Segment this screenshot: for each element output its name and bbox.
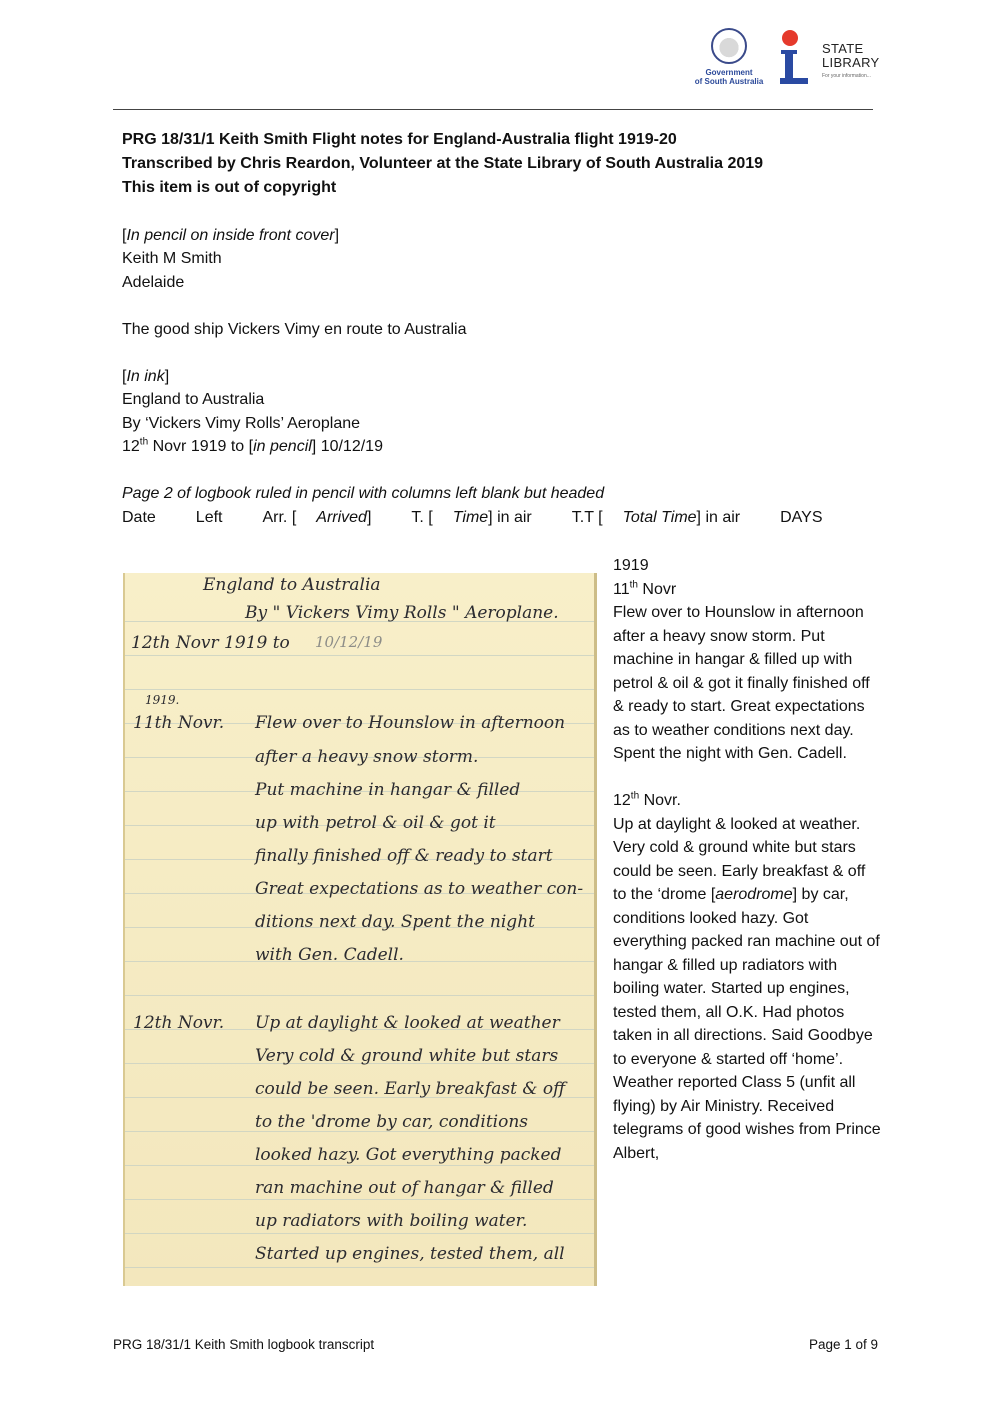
scan-line: to the 'drome by car, conditions [255,1112,528,1132]
scan-line: Flew over to Hounslow in afternoon [255,713,565,733]
scan-line: after a heavy snow storm. [255,747,478,767]
info-i-icon [780,50,806,84]
scan-line: Started up engines, tested them, all [255,1244,565,1264]
transcript-year: 1919 [613,554,883,578]
government-sa-logo: Government of South Australia [690,28,768,94]
scan-line: By " Vickers Vimy Rolls " Aeroplane. [245,603,559,623]
transcriber-line: Transcribed by Chris Reardon, Volunteer … [122,152,902,176]
column-headings: Date Left Arr. [Arrived] T. [Time] in ai… [122,506,902,530]
state-library-logo: STATE LIBRARY For your information... [780,30,890,94]
scan-line: 10/12/19 [315,633,382,651]
scan-line: up radiators with boiling water. [255,1211,527,1231]
document-header: PRG 18/31/1 Keith Smith Flight notes for… [122,128,902,200]
document-title: PRG 18/31/1 Keith Smith Flight notes for… [122,128,902,152]
pencil-note: [In pencil on inside front cover] [122,224,902,248]
owner-place: Adelaide [122,271,902,295]
scan-line: Very cold & ground white but stars [255,1046,558,1066]
state-library-tagline: For your information... [822,73,871,79]
logbook-scan-image: England to Australia By " Vickers Vimy R… [123,573,597,1286]
info-dot-icon [782,30,798,46]
scan-line: could be seen. Early breakfast & off [255,1079,565,1099]
entry-text-12-nov: Up at daylight & looked at weather. Very… [613,813,883,1166]
scan-line: with Gen. Cadell. [255,945,404,965]
page2-note: Page 2 of logbook ruled in pencil with c… [122,482,902,506]
scan-line: finally finished off & ready to start [255,846,553,866]
col-days: DAYS [780,506,842,530]
copyright-line: This item is out of copyright [122,176,902,200]
entry-date-11-nov: 11th Novr [613,578,883,602]
transcript-column: 1919 11th Novr Flew over to Hounslow in … [613,554,883,1165]
government-logo-text: Government of South Australia [690,68,768,86]
col-left: Left [196,506,243,530]
sa-crest-icon [711,28,747,64]
owner-name: Keith M Smith [122,247,902,271]
col-time: T. [Time] in air [411,506,551,530]
scan-line: 12th Novr 1919 to [131,633,290,653]
col-date: Date [122,506,176,530]
document-body: PRG 18/31/1 Keith Smith Flight notes for… [122,128,902,529]
route-line: England to Australia [122,388,902,412]
scan-line: up with petrol & oil & got it [255,813,496,833]
entry-date-12-nov: 12th Novr. [613,789,883,813]
scan-line: Up at daylight & looked at weather [255,1013,560,1033]
scan-line: Great expectations as to weather con- [255,879,583,899]
footer-title: PRG 18/31/1 Keith Smith logbook transcri… [113,1337,374,1352]
scan-line: 11th Novr. [133,713,224,733]
dates-line: 12th Novr 1919 to [in pencil] 10/12/19 [122,435,902,459]
col-total-time: T.T [Total Time] in air [572,506,760,530]
ship-line: The good ship Vickers Vimy en route to A… [122,318,902,342]
scan-line: England to Australia [203,575,381,595]
col-arrived: Arr. [Arrived] [262,506,391,530]
ink-note: [In ink] [122,365,902,389]
scan-line: ditions next day. Spent the night [255,912,535,932]
scan-line: 1919. [145,693,179,707]
scan-line: 12th Novr. [133,1013,224,1033]
page-number: Page 1 of 9 [809,1337,878,1352]
page-footer: PRG 18/31/1 Keith Smith logbook transcri… [113,1337,878,1352]
state-library-text: STATE LIBRARY [822,42,880,70]
header-logos: Government of South Australia STATE LIBR… [690,28,890,98]
scan-line: ran machine out of hangar & filled [255,1178,554,1198]
scan-line: Put machine in hangar & filled [255,780,520,800]
aircraft-line: By ‘Vickers Vimy Rolls’ Aeroplane [122,412,902,436]
entry-text-11-nov: Flew over to Hounslow in afternoon after… [613,601,883,766]
scan-line: looked hazy. Got everything packed [255,1145,562,1165]
header-divider [113,109,873,110]
